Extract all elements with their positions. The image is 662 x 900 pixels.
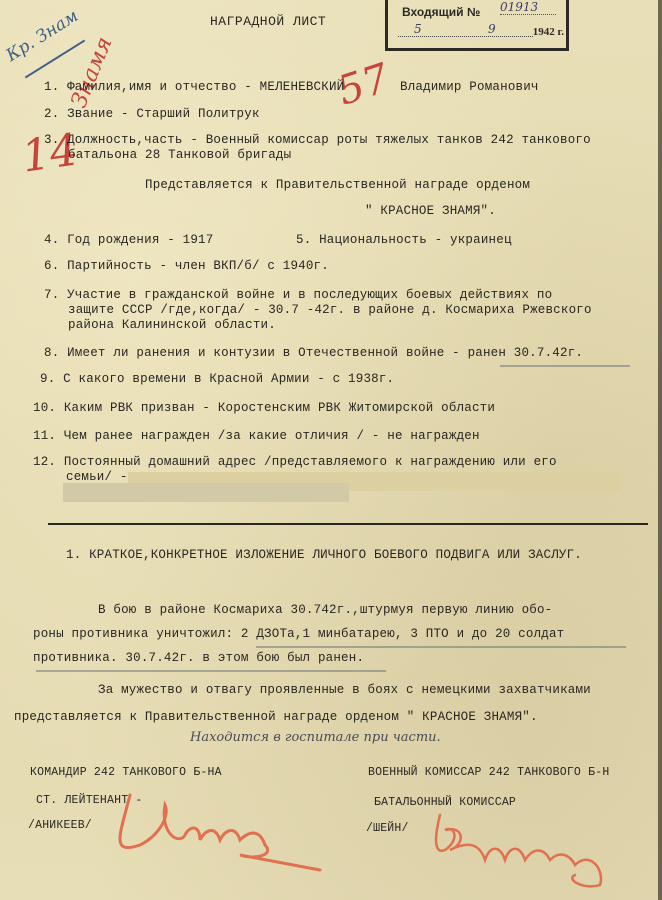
- field-12: 12. Постоянный домашний адрес /представл…: [33, 455, 557, 469]
- field-1-value: Владимир Романович: [400, 80, 539, 94]
- field-7: 7. Участие в гражданской войне и в после…: [44, 288, 552, 302]
- field-6: 6. Партийность - член ВКП/б/ с 1940г.: [44, 259, 329, 273]
- narrative-p1-line2: роны противника уничтожил: 2 ДЗОТа,1 мин…: [33, 627, 564, 641]
- pencil-underline: [256, 646, 626, 648]
- section-heading: 1. КРАТКОЕ,КОНКРЕТНОЕ ИЗЛОЖЕНИЕ ЛИЧНОГО …: [66, 548, 582, 562]
- stamp-date-line: [398, 36, 533, 37]
- field-1: 1. Фамилия,имя и отчество - МЕЛЕНЕВСКИЙ: [44, 80, 344, 94]
- narrative-p1-line1: В бою в районе Космариха 30.742г.,штурму…: [98, 603, 552, 617]
- pencil-underline: [36, 670, 386, 672]
- pencil-underline: [500, 365, 630, 367]
- incoming-stamp: Входящий № 01913 5 9 1942 г.: [385, 0, 569, 51]
- signature-right-name: /ШЕЙН/: [366, 822, 409, 835]
- nomination-line-2: " КРАСНОЕ ЗНАМЯ".: [365, 204, 496, 218]
- field-12-cont: семьи/ -: [66, 470, 128, 484]
- field-3-cont: батальона 28 Танковой бригады: [68, 148, 291, 162]
- page-edge: [658, 0, 662, 900]
- redacted-address-2: [63, 483, 349, 502]
- field-2: 2. Звание - Старший Политрук: [44, 107, 260, 121]
- field-9: 9. С какого времени в Красной Армии - с …: [40, 372, 394, 386]
- signature-left-name: /АНИКЕЕВ/: [28, 819, 92, 832]
- narrative-p2-line2: представляется к Правительственной награ…: [14, 710, 538, 724]
- nomination-line-1: Представляется к Правительственной награ…: [145, 178, 530, 192]
- signature-right-icon: [425, 805, 645, 895]
- horizontal-rule: [48, 523, 648, 525]
- field-7-cont-1: защите СССР /где,когда/ - 30.7 -42г. в р…: [68, 303, 592, 317]
- stamp-month: 9: [488, 22, 496, 36]
- signature-left-icon: [90, 775, 350, 885]
- field-4: 4. Год рождения - 1917: [44, 233, 213, 247]
- field-3: 3. Должность,часть - Военный комиссар ро…: [44, 133, 591, 147]
- stamp-year: 1942 г.: [533, 26, 564, 38]
- document-title: НАГРАДНОЙ ЛИСТ: [210, 14, 326, 29]
- stamp-day: 5: [414, 22, 422, 36]
- field-5: 5. Национальность - украинец: [296, 233, 512, 247]
- narrative-p1-line3: противника. 30.7.42г. в этом бою был ран…: [33, 651, 364, 665]
- field-11: 11. Чем ранее награжден /за какие отличи…: [33, 429, 480, 443]
- stamp-label: Входящий №: [402, 5, 480, 19]
- handwritten-note: Находится в госпитале при части.: [190, 730, 441, 745]
- stamp-number: 01913: [500, 0, 556, 15]
- field-10: 10. Каким РВК призван - Коростенским РВК…: [33, 401, 495, 415]
- field-7-cont-2: района Калининской области.: [68, 318, 276, 332]
- signature-right-title: ВОЕННЫЙ КОМИССАР 242 ТАНКОВОГО Б-Н: [368, 766, 609, 779]
- narrative-p2-line1: За мужество и отвагу проявленные в боях …: [98, 683, 591, 697]
- field-8: 8. Имеет ли ранения и контузии в Отечест…: [44, 346, 583, 360]
